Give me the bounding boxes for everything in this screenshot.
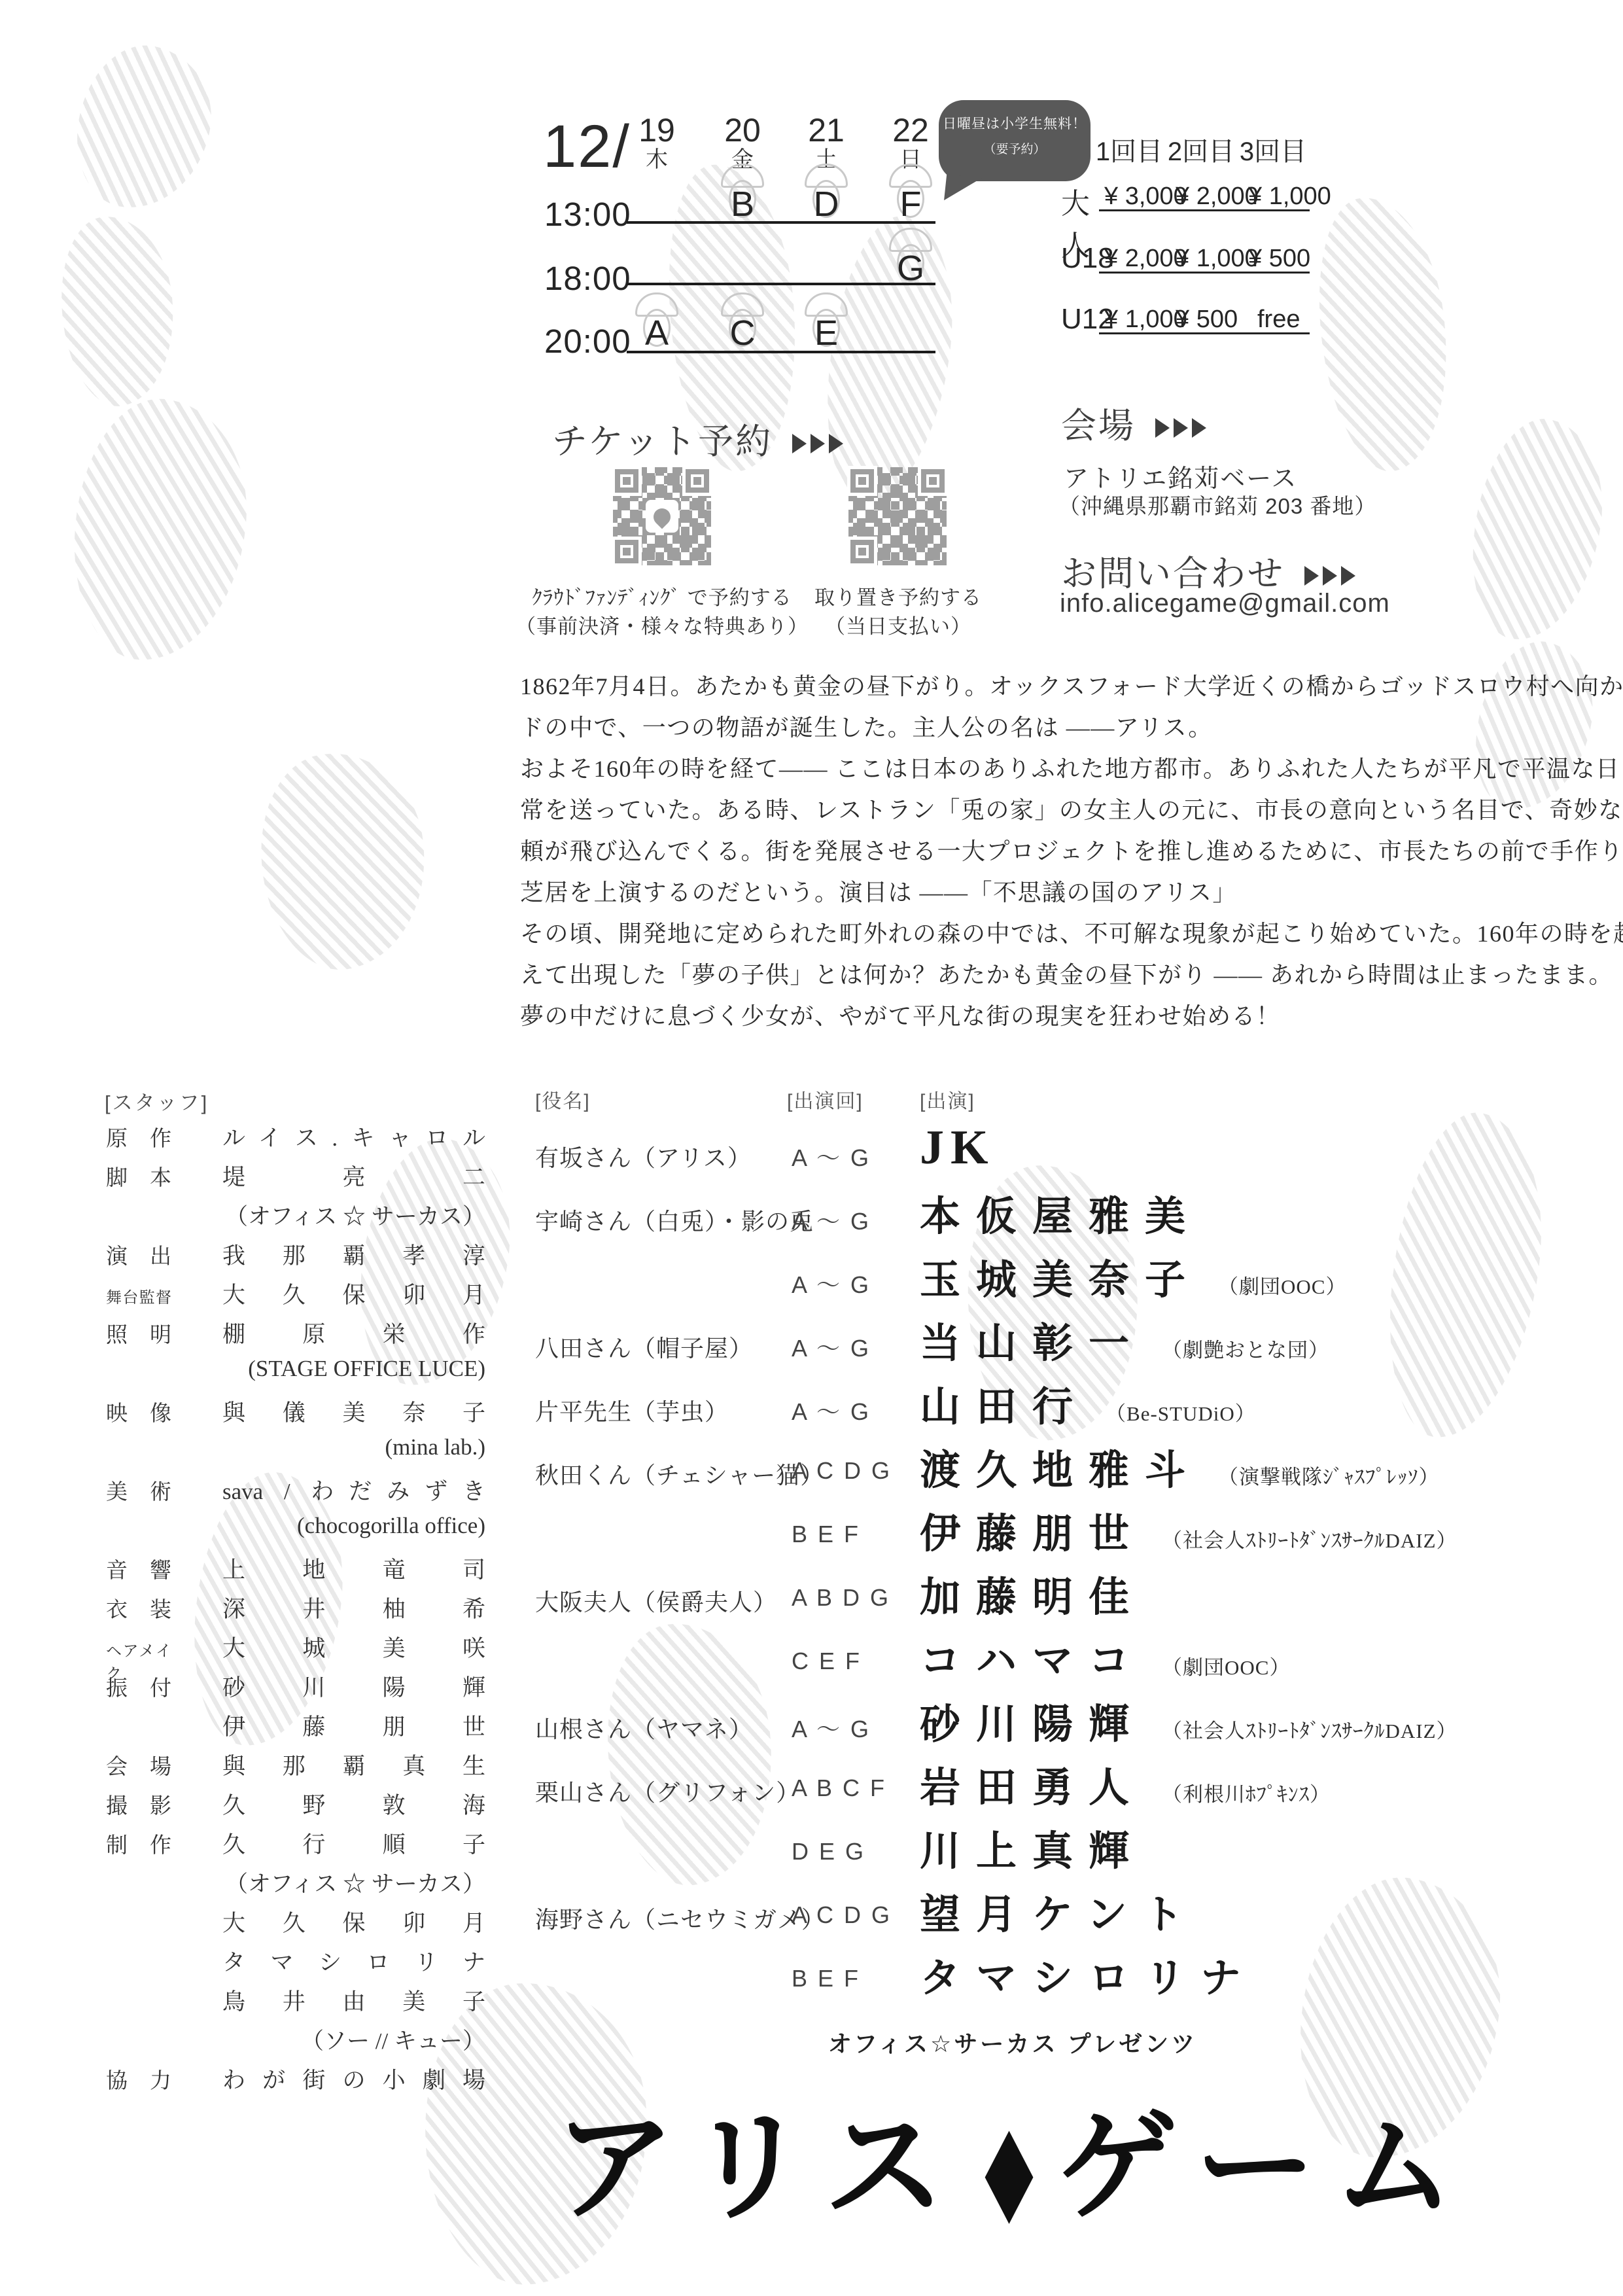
staff-role-label: 原作 — [106, 1122, 171, 1152]
staff-role-label: 美術 — [106, 1475, 171, 1506]
cast-row: B E Fタマシロリナ — [535, 1945, 1490, 2009]
story-line: 芝居を上演するのだという。演目は ――「不思議の国のアリス」 — [520, 872, 1544, 913]
staff-row: 振付砂川陽輝 — [106, 1670, 485, 1709]
cast-row: 秋田くん（チェシャー猫）A C D G渡久地雅斗（演撃戦隊ｼﾞｬｽﾌﾟﾚｯｿ） — [535, 1438, 1490, 1501]
cast-name-line: 川上真輝 — [920, 1818, 1145, 1877]
cast-name-line: 当山彰一（劇艶おとな団） — [920, 1311, 1329, 1369]
staff-row: 舞台監督大久保卯月 — [106, 1277, 485, 1316]
staff-person-name: わが街の小劇場 — [222, 2062, 485, 2095]
cast-name-line: 伊藤朋世（社会人ｽﾄﾘｰﾄﾀﾞﾝｽｻｰｸﾙDAIZ） — [920, 1501, 1457, 1559]
staff-person-name: 久野敦海 — [222, 1788, 485, 1820]
staff-person-name: 鳥井由美子 — [222, 1984, 485, 2017]
staff-role-label: 演出 — [106, 1239, 171, 1270]
cast-name-line: 砂川陽輝（社会人ｽﾄﾘｰﾄﾀﾞﾝｽｻｰｸﾙDAIZ） — [920, 1691, 1457, 1750]
staff-person-name: （ソー // キュー） — [222, 2023, 485, 2056]
story-line: その頃、開発地に定められた町外れの森の中では、不可解な現象が起こり始めていた。1… — [520, 913, 1544, 955]
staff-role-label: 撮影 — [106, 1789, 171, 1820]
staff-row: 映像與儀美奈子 — [106, 1395, 485, 1434]
story-line: ドの中で、一つの物語が誕生した。主人公の名は ――アリス。 — [520, 707, 1544, 749]
session-marker: E — [797, 292, 856, 355]
cast-actor-note: （社会人ｽﾄﾘｰﾄﾀﾞﾝｽｻｰｸﾙDAIZ） — [1162, 1714, 1457, 1744]
staff-person-name: (mina lab.) — [222, 1434, 485, 1460]
cast-performance-runs: A ～ G — [792, 1203, 871, 1237]
staff-row: 撮影久野敦海 — [106, 1788, 485, 1827]
story-line: 1862年7月4日。あたかも黄金の昼下がり。オックスフォード大学近くの橋からゴッ… — [520, 666, 1544, 707]
staff-row: 音響上地竜司 — [106, 1552, 485, 1591]
staff-person-name: 大城美咲 — [222, 1631, 485, 1663]
arrow-right-icon — [811, 434, 825, 453]
contact-email: info.alicegame@gmail.com — [1060, 589, 1390, 618]
arrow-right-icon — [1341, 566, 1355, 586]
cast-performance-runs: C E F — [792, 1648, 862, 1675]
qr-finder-icon — [686, 469, 709, 493]
cast-performance-runs: A C D G — [792, 1457, 892, 1485]
presents-line: オフィス☆サーカス プレゼンツ — [535, 2026, 1490, 2059]
cast-performance-runs: B E F — [792, 1521, 860, 1548]
qr-finder-icon — [615, 540, 638, 563]
staff-role-label: 舞台監督 — [106, 1284, 171, 1307]
cast-row: 栗山さん（グリフォン）A B C F岩田勇人（利根川ﾎﾌﾟｷﾝｽ） — [535, 1755, 1490, 1818]
staff-person-name: タマシロリナ — [222, 1945, 485, 1977]
staff-row: 制作久行順子 — [106, 1827, 485, 1866]
cast-name-line: 本仮屋雅美 — [920, 1184, 1201, 1242]
staff-row: （オフィス ☆ サーカス） — [106, 1866, 485, 1905]
arrow-right-icon — [1304, 566, 1319, 586]
staff-person-name: 大久保卯月 — [222, 1277, 485, 1310]
arrow-right-icon — [1155, 418, 1170, 438]
schedule-day-of-week: 木 — [627, 141, 686, 173]
story-line: えて出現した「夢の子供」とは何か？あたかも黄金の昼下がり ―― あれから時間は止… — [520, 955, 1544, 996]
cast-row: 有坂さん（アリス）A ～ GJK — [535, 1120, 1490, 1184]
cast-actor-name: 望月ケント — [920, 1882, 1199, 1940]
cast-performance-runs: A ～ G — [792, 1394, 871, 1427]
venue-heading-label: 会場 — [1061, 406, 1136, 446]
staff-section-heading: [スタッフ] — [105, 1086, 209, 1116]
cast-performance-runs: B E F — [792, 1965, 860, 1992]
staff-person-name: 久行順子 — [222, 1827, 485, 1860]
cast-actor-note: （Be-STUDiO） — [1106, 1397, 1256, 1426]
schedule-month: 12/ — [543, 113, 631, 181]
cast-actor-name: 砂川陽輝 — [920, 1691, 1145, 1750]
cast-name-line: 加藤明佳 — [920, 1564, 1145, 1623]
price-value: ¥ 500 — [1176, 306, 1249, 334]
cast-performance-runs: A B C F — [792, 1775, 886, 1802]
cast-actor-name: コハマコ — [920, 1628, 1145, 1686]
staff-row: 演出我那覇孝淳 — [106, 1238, 485, 1277]
cast-row: 宇崎さん（白兎）・影の兎A ～ G本仮屋雅美 — [535, 1184, 1490, 1247]
cast-role-name: 片平先生（芋虫） — [535, 1394, 729, 1427]
staff-person-name: sava / わだみずき — [222, 1474, 485, 1506]
staff-person-name: （オフィス ☆ サーカス） — [222, 1866, 485, 1899]
watermark-blob — [66, 393, 254, 666]
cast-role-name: 秋田くん（チェシャー猫） — [535, 1457, 824, 1491]
price-col-header: 2回目 — [1168, 131, 1234, 168]
staff-person-name: （オフィス ☆ サーカス） — [222, 1199, 485, 1231]
staff-person-name: 上地竜司 — [222, 1552, 485, 1585]
staff-row: （ソー // キュー） — [106, 2023, 485, 2062]
schedule-time-label: 20:00 — [544, 322, 631, 361]
cast-name-line: タマシロリナ — [920, 1945, 1257, 2004]
story-line: 夢の中だけに息づく少女が、やがて平凡な街の現実を狂わせ始める！ — [520, 996, 1544, 1037]
cast-role-name: 有坂さん（アリス） — [535, 1140, 752, 1173]
title-right: ゲーム — [1056, 2101, 1472, 2236]
cast-row: 海野さん（ニセウミガメ）A C D G望月ケント — [535, 1882, 1490, 1945]
staff-row: 脚本堤亮二 — [106, 1159, 485, 1199]
cast-actor-name: 本仮屋雅美 — [920, 1184, 1201, 1242]
price-row-line — [1099, 272, 1310, 274]
cast-actor-note: （劇団OOC） — [1162, 1651, 1290, 1680]
qr-right-note: （当日支払い） — [825, 610, 971, 639]
venue-address: （沖縄県那覇市銘苅 203 番地） — [1058, 489, 1376, 520]
session-letter: B — [713, 184, 772, 224]
story-text: 1862年7月4日。あたかも黄金の昼下がり。オックスフォード大学近くの橋からゴッ… — [520, 666, 1544, 1037]
staff-person-name: 大久保卯月 — [222, 1905, 485, 1938]
staff-person-name: 棚原栄作 — [222, 1316, 485, 1349]
price-col-header: 1回目 — [1096, 131, 1162, 168]
staff-role-label: 衣装 — [106, 1593, 171, 1623]
cast-performance-runs: A ～ G — [792, 1267, 871, 1300]
arrow-right-icon — [792, 434, 807, 453]
watermark-blob — [1303, 189, 1465, 478]
cast-actor-note: （利根川ﾎﾌﾟｷﾝｽ） — [1162, 1778, 1331, 1807]
staff-person-name: (STAGE OFFICE LUCE) — [222, 1356, 485, 1382]
footer: オフィス☆サーカス プレゼンツ アリス◆ゲーム — [535, 2026, 1490, 2244]
cast-role-name: 八田さん（帽子屋） — [535, 1330, 753, 1364]
staff-row: (STAGE OFFICE LUCE) — [106, 1356, 485, 1395]
cast-role-name: 宇崎さん（白兎）・影の兎 — [535, 1203, 814, 1237]
cast-role-name: 海野さん（ニセウミガメ） — [535, 1901, 826, 1935]
cast-actor-note: （演撃戦隊ｼﾞｬｽﾌﾟﾚｯｿ） — [1218, 1460, 1440, 1490]
staff-row: タマシロリナ — [106, 1945, 485, 1984]
schedule-time-label: 13:00 — [544, 195, 631, 234]
staff-row: 伊藤朋世 — [106, 1709, 485, 1748]
qr-finder-icon — [850, 469, 874, 493]
cast-performance-runs: D E G — [792, 1838, 865, 1865]
diamond-icon: ◆ — [985, 2094, 1033, 2238]
session-letter: F — [881, 184, 940, 224]
cast-name-line: 岩田勇人（利根川ﾎﾌﾟｷﾝｽ） — [920, 1755, 1331, 1813]
arrow-right-icon — [1174, 418, 1188, 438]
price-value: ¥ 500 — [1248, 245, 1321, 273]
session-marker: D — [797, 164, 856, 226]
price-value: ¥ 1,000 — [1248, 183, 1321, 211]
cast-actor-name: JK — [920, 1120, 995, 1176]
cast-name-line: 玉城美奈子（劇団OOC） — [920, 1247, 1346, 1305]
ticket-heading: チケット予約 — [552, 414, 843, 464]
staff-row: 原作ルイス.キャロル — [106, 1120, 485, 1159]
watermark-blob — [246, 741, 442, 980]
cast-col-runs: [出演回] — [787, 1085, 864, 1114]
cast-name-line: 望月ケント — [920, 1882, 1199, 1940]
price-value: ¥ 3,000 — [1104, 183, 1178, 211]
qr-finder-icon — [850, 540, 874, 563]
staff-person-name: 堤亮二 — [222, 1159, 485, 1192]
cast-col-name: [出演] — [920, 1085, 975, 1114]
watermark-blob — [51, 210, 184, 412]
staff-role-label: 協力 — [106, 2064, 171, 2094]
staff-row: 美術sava / わだみずき — [106, 1474, 485, 1513]
qr-left-caption: ｸﾗｳﾄﾞﾌｧﾝﾃﾞｨﾝｸﾞ で予約する — [532, 581, 792, 610]
cast-actor-name: 伊藤朋世 — [920, 1501, 1145, 1559]
arrow-right-icon — [829, 434, 843, 453]
session-marker: A — [627, 292, 686, 355]
qr-finder-icon — [921, 469, 945, 493]
staff-person-name: 深井柚希 — [222, 1591, 485, 1624]
cast-actor-note: （劇団OOC） — [1218, 1270, 1346, 1299]
cast-performance-runs: A ～ G — [792, 1330, 871, 1364]
staff-person-name: 與儀美奈子 — [222, 1395, 485, 1428]
watermark-blob — [1460, 411, 1614, 648]
cast-row: D E G川上真輝 — [535, 1818, 1490, 1882]
ticket-heading-label: チケット予約 — [552, 422, 773, 461]
cast-row: A ～ G玉城美奈子（劇団OOC） — [535, 1247, 1490, 1311]
cast-actor-name: 川上真輝 — [920, 1818, 1145, 1877]
staff-row: 衣装深井柚希 — [106, 1591, 485, 1631]
arrow-right-icon — [1323, 566, 1337, 586]
qr-code-reservation — [848, 467, 947, 565]
bubble-line1: 日曜昼は小学生無料！ — [939, 113, 1091, 133]
price-col-header: 3回目 — [1240, 131, 1306, 168]
session-letter: G — [881, 248, 940, 289]
cast-row: B E F伊藤朋世（社会人ｽﾄﾘｰﾄﾀﾞﾝｽｻｰｸﾙDAIZ） — [535, 1501, 1490, 1564]
staff-role-label: 振付 — [106, 1671, 171, 1702]
cast-actor-name: 当山彰一 — [920, 1311, 1145, 1369]
contact-heading-label: お問い合わせ — [1061, 554, 1285, 593]
cast-row: 八田さん（帽子屋）A ～ G当山彰一（劇艶おとな団） — [535, 1311, 1490, 1374]
staff-role-label: 映像 — [106, 1396, 171, 1427]
session-marker: G — [881, 228, 940, 291]
cast-actor-note: （劇艶おとな団） — [1162, 1333, 1329, 1363]
staff-role-label: 音響 — [106, 1553, 171, 1584]
staff-row: (chocogorilla office) — [106, 1513, 485, 1552]
session-marker: F — [881, 164, 940, 226]
qr-finder-icon — [615, 469, 638, 493]
cast-performance-runs: A B D G — [792, 1584, 890, 1612]
price-value: ¥ 2,000 — [1176, 183, 1249, 211]
cast-actor-name: 岩田勇人 — [920, 1755, 1145, 1813]
staff-row: 大久保卯月 — [106, 1905, 485, 1945]
cast-role-name: 大阪夫人（侯爵夫人） — [535, 1584, 777, 1617]
price-value: free — [1257, 306, 1331, 334]
cast-actor-name: タマシロリナ — [920, 1945, 1257, 2004]
cast-row: 片平先生（芋虫）A ～ G山田行（Be-STUDiO） — [535, 1374, 1490, 1438]
price-row-line — [1099, 332, 1310, 334]
cast-actor-name: 山田行 — [920, 1374, 1089, 1432]
cast-actor-name: 玉城美奈子 — [920, 1247, 1201, 1305]
free-admission-bubble: 日曜昼は小学生無料！ （要予約） — [939, 100, 1091, 181]
session-letter: D — [797, 184, 856, 224]
staff-role-label: 会場 — [106, 1750, 171, 1780]
staff-person-name: 與那覇真生 — [222, 1748, 485, 1781]
staff-row: 鳥井由美子 — [106, 1984, 485, 2023]
cast-actor-note: （社会人ｽﾄﾘｰﾄﾀﾞﾝｽｻｰｸﾙDAIZ） — [1162, 1524, 1457, 1553]
cast-role-name: 栗山さん（グリフォン） — [535, 1775, 800, 1808]
cast-row: 大阪夫人（侯爵夫人）A B D G加藤明佳 — [535, 1564, 1490, 1628]
cast-name-line: JK — [920, 1120, 995, 1176]
session-letter: E — [797, 313, 856, 353]
staff-role-label: 照明 — [106, 1318, 171, 1349]
staff-row: 協力わが街の小劇場 — [106, 2062, 485, 2102]
session-marker: B — [713, 164, 772, 226]
story-line: 頼が飛び込んでくる。街を発展させる一大プロジェクトを推し進めるために、市長たちの… — [520, 831, 1544, 872]
staff-person-name: (chocogorilla office) — [222, 1513, 485, 1539]
staff-role-label: 脚本 — [106, 1161, 171, 1192]
cast-row: 山根さん（ヤマネ）A ～ G砂川陽輝（社会人ｽﾄﾘｰﾄﾀﾞﾝｽｻｰｸﾙDAIZ） — [535, 1691, 1490, 1755]
session-letter: A — [627, 313, 686, 353]
staff-person-name: 砂川陽輝 — [222, 1670, 485, 1703]
venue-heading: 会場 — [1061, 398, 1206, 448]
cast-list: 有坂さん（アリス）A ～ GJK宇崎さん（白兎）・影の兎A ～ G本仮屋雅美A … — [535, 1120, 1490, 2009]
price-row-line — [1099, 209, 1310, 211]
bubble-line2: （要予約） — [939, 139, 1091, 157]
story-line: およそ160年の時を経て―― ここは日本のありふれた地方都市。ありふれた人たちが… — [520, 749, 1544, 790]
cast-performance-runs: A C D G — [792, 1901, 892, 1929]
cast-col-role: [役名] — [535, 1085, 591, 1114]
qr-left-note: （事前決済・様々な特典あり） — [515, 610, 809, 639]
staff-list: 原作ルイス.キャロル脚本堤亮二（オフィス ☆ サーカス）演出我那覇孝淳舞台監督大… — [106, 1120, 485, 2102]
show-title: アリス◆ゲーム — [535, 2070, 1490, 2244]
arrow-right-icon — [1192, 418, 1206, 438]
price-value: ¥ 1,000 — [1104, 306, 1178, 334]
staff-row: 照明棚原栄作 — [106, 1316, 485, 1356]
price-value: ¥ 2,000 — [1104, 245, 1178, 273]
venue-name: アトリエ銘苅ベース — [1064, 458, 1297, 494]
staff-person-name: ルイス.キャロル — [222, 1120, 485, 1153]
title-left: アリス — [553, 2101, 962, 2236]
staff-row: ヘアメイク大城美咲 — [106, 1631, 485, 1670]
story-line: 常を送っていた。ある時、レストラン「兎の家」の女主人の元に、市長の意向という名目… — [520, 790, 1544, 831]
staff-person-name: 伊藤朋世 — [222, 1709, 485, 1742]
session-letter: C — [713, 313, 772, 353]
cast-performance-runs: A ～ G — [792, 1711, 871, 1744]
watermark-blob — [65, 36, 222, 220]
staff-role-label: 制作 — [106, 1828, 171, 1859]
staff-person-name: 我那覇孝淳 — [222, 1238, 485, 1271]
cast-actor-name: 加藤明佳 — [920, 1564, 1145, 1623]
qr-right-caption: 取り置き予約する — [814, 581, 982, 610]
cast-row: C E Fコハマコ（劇団OOC） — [535, 1628, 1490, 1691]
schedule-time-label: 18:00 — [544, 259, 631, 298]
qr-code-crowdfunding — [613, 467, 711, 565]
cast-name-line: 渡久地雅斗（演撃戦隊ｼﾞｬｽﾌﾟﾚｯｿ） — [920, 1438, 1440, 1496]
staff-row: （オフィス ☆ サーカス） — [106, 1199, 485, 1238]
cast-performance-runs: A ～ G — [792, 1140, 871, 1173]
session-marker: C — [713, 292, 772, 355]
price-value: ¥ 1,000 — [1176, 245, 1249, 273]
cast-actor-name: 渡久地雅斗 — [920, 1438, 1201, 1496]
staff-row: (mina lab.) — [106, 1434, 485, 1474]
staff-row: 会場與那覇真生 — [106, 1748, 485, 1788]
cast-role-name: 山根さん（ヤマネ） — [535, 1711, 753, 1744]
flame-logo-icon — [646, 500, 678, 533]
cast-name-line: コハマコ（劇団OOC） — [920, 1628, 1290, 1686]
cast-name-line: 山田行（Be-STUDiO） — [920, 1374, 1256, 1432]
